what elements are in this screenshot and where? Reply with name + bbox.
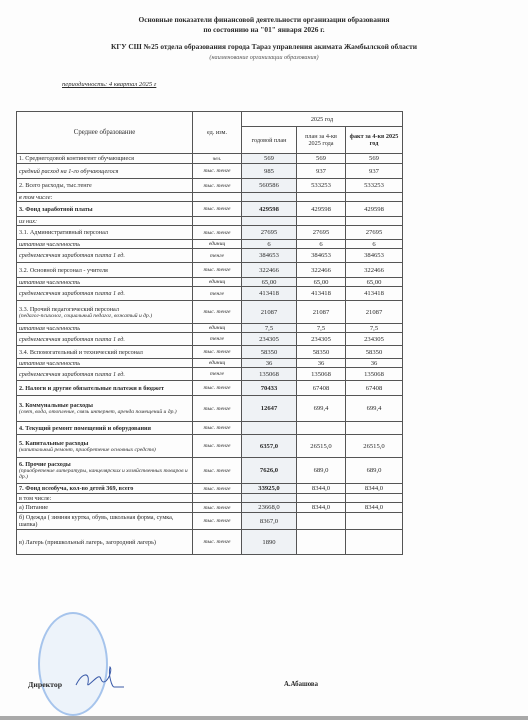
row-plan-q4: 413418 <box>297 287 346 301</box>
table-row: штатная численностьединиц65,0065,0065,00 <box>17 278 403 287</box>
row-plan-q4: 135068 <box>297 368 346 381</box>
row-annual-plan: 6357,0 <box>242 435 297 458</box>
row-unit: тыс. тенге <box>193 396 242 422</box>
row-fact-q4: 569 <box>346 154 403 164</box>
row-unit: тыс. тенге <box>193 164 242 179</box>
row-annual-plan: 560586 <box>242 179 297 193</box>
row-annual-plan: 135068 <box>242 368 297 381</box>
row-unit: тыс. тенге <box>193 484 242 494</box>
row-plan-q4: 58350 <box>297 346 346 359</box>
row-plan-q4: 533253 <box>297 179 346 193</box>
table-row: 1. Среднегодовой контингент обучающиесяч… <box>17 154 403 164</box>
row-annual-plan: 27695 <box>242 226 297 240</box>
row-plan-q4: 689,0 <box>297 458 346 484</box>
row-fact-q4 <box>346 217 403 226</box>
row-label: в том числе: <box>17 494 193 503</box>
header-fact-q4: факт за 4-кв 2025 год <box>346 127 403 154</box>
row-fact-q4: 322466 <box>346 263 403 278</box>
row-fact-q4 <box>346 513 403 530</box>
row-label: б) Одежда ( зимняя куртка, обувь, школьн… <box>17 513 193 530</box>
row-fact-q4: 65,00 <box>346 278 403 287</box>
page-edge <box>0 716 528 720</box>
row-annual-plan: 12647 <box>242 396 297 422</box>
row-annual-plan: 33925,0 <box>242 484 297 494</box>
row-label: из них: <box>17 217 193 226</box>
row-unit: единиц <box>193 240 242 249</box>
table-row: 4. Текущий ремонт помещений и оборудован… <box>17 422 403 435</box>
row-label: 3.3. Прочий педагогический персонал(педа… <box>17 301 193 324</box>
row-label: средний расход на 1-го обучающегося <box>17 164 193 179</box>
row-plan-q4: 27695 <box>297 226 346 240</box>
row-unit <box>193 494 242 503</box>
report-title: Основные показатели финансовой деятельно… <box>0 15 528 25</box>
row-unit: тыс. тенге <box>193 381 242 396</box>
table-row: штатная численностьединиц666 <box>17 240 403 249</box>
row-label: в) Лагерь (пришкольный лагерь, загородни… <box>17 530 193 555</box>
header-name: Среднее образование <box>17 112 193 154</box>
row-unit: тыс. тенге <box>193 179 242 193</box>
row-sublabel: (педагог-психолог, социальный педагог, в… <box>19 313 190 319</box>
row-unit: чел. <box>193 154 242 164</box>
row-unit: тенге <box>193 287 242 301</box>
row-unit: тенге <box>193 249 242 263</box>
row-fact-q4: 937 <box>346 164 403 179</box>
row-plan-q4: 699,4 <box>297 396 346 422</box>
row-unit: тенге <box>193 333 242 346</box>
director-name: А.Абашова <box>284 681 318 688</box>
table-row: 3. Коммунальные расходы(свет, вода, отоп… <box>17 396 403 422</box>
row-annual-plan: 7,5 <box>242 324 297 333</box>
row-annual-plan: 70433 <box>242 381 297 396</box>
row-annual-plan: 384653 <box>242 249 297 263</box>
row-unit: единиц <box>193 359 242 368</box>
row-plan-q4: 8344,0 <box>297 484 346 494</box>
row-label: среднемесячная заработная плата 1 ед. <box>17 368 193 381</box>
row-fact-q4: 689,0 <box>346 458 403 484</box>
row-plan-q4: 21087 <box>297 301 346 324</box>
table-row: в том числе: <box>17 193 403 202</box>
table-row: 6. Прочие расходы(приобретение литератур… <box>17 458 403 484</box>
row-label: 7. Фонд всеобуча, кол-во детей 369, всег… <box>17 484 193 494</box>
row-annual-plan: 6 <box>242 240 297 249</box>
table-row: 3.1. Административный персоналтыс. тенге… <box>17 226 403 240</box>
row-annual-plan: 7626,0 <box>242 458 297 484</box>
header-annual-plan: годовой план <box>242 127 297 154</box>
row-unit: тыс. тенге <box>193 422 242 435</box>
row-annual-plan: 23668,0 <box>242 503 297 513</box>
table-row: штатная численностьединиц7,57,57,5 <box>17 324 403 333</box>
table-row: 7. Фонд всеобуча, кол-во детей 369, всег… <box>17 484 403 494</box>
row-unit: тыс. тенге <box>193 530 242 555</box>
row-unit: тыс. тенге <box>193 202 242 217</box>
row-label: среднемесячная заработная плата 1 ед. <box>17 333 193 346</box>
table-row: среднемесячная заработная плата 1 ед.тен… <box>17 249 403 263</box>
row-label: штатная численность <box>17 240 193 249</box>
row-plan-q4: 937 <box>297 164 346 179</box>
row-annual-plan <box>242 193 297 202</box>
row-fact-q4: 67408 <box>346 381 403 396</box>
row-plan-q4 <box>297 193 346 202</box>
row-fact-q4 <box>346 193 403 202</box>
row-sublabel: (свет, вода, отопление, связь интернет, … <box>19 409 190 415</box>
row-plan-q4: 26515,0 <box>297 435 346 458</box>
table-row: средний расход на 1-го обучающегосятыс. … <box>17 164 403 179</box>
row-plan-q4: 234305 <box>297 333 346 346</box>
row-fact-q4: 8344,0 <box>346 503 403 513</box>
signature-icon <box>72 665 124 693</box>
periodicity: периодичность: 4 квартал 2025 г <box>62 81 156 88</box>
official-stamp <box>38 612 108 716</box>
row-label: 3. Фонд заработной платы <box>17 202 193 217</box>
row-label: 2. Всего расходы, тыс.тенге <box>17 179 193 193</box>
organization-name: КГУ СШ №25 отдела образования города Тар… <box>0 42 528 51</box>
table-row: а) Питаниетыс. тенге23668,08344,08344,0 <box>17 503 403 513</box>
row-fact-q4: 58350 <box>346 346 403 359</box>
table-row: 3.3. Прочий педагогический персонал(педа… <box>17 301 403 324</box>
row-unit: тыс. тенге <box>193 346 242 359</box>
director-label: Директор <box>28 680 62 689</box>
row-plan-q4: 322466 <box>297 263 346 278</box>
row-unit: тенге <box>193 368 242 381</box>
row-unit <box>193 217 242 226</box>
row-unit: тыс. тенге <box>193 513 242 530</box>
row-unit: тыс. тенге <box>193 301 242 324</box>
row-sublabel: (капитальный ремонт, приобретение основн… <box>19 447 190 453</box>
row-unit: единиц <box>193 324 242 333</box>
row-annual-plan: 1890 <box>242 530 297 555</box>
row-label: штатная численность <box>17 278 193 287</box>
table-row: штатная численностьединиц363636 <box>17 359 403 368</box>
table-row: среднемесячная заработная плата 1 ед.тен… <box>17 368 403 381</box>
row-plan-q4: 7,5 <box>297 324 346 333</box>
row-plan-q4: 6 <box>297 240 346 249</box>
row-fact-q4: 429598 <box>346 202 403 217</box>
row-plan-q4: 569 <box>297 154 346 164</box>
row-label: 6. Прочие расходы(приобретение литератур… <box>17 458 193 484</box>
row-plan-q4 <box>297 494 346 503</box>
row-unit: тыс. тенге <box>193 263 242 278</box>
row-unit: единиц <box>193 278 242 287</box>
row-fact-q4: 7,5 <box>346 324 403 333</box>
row-label: штатная численность <box>17 324 193 333</box>
row-fact-q4 <box>346 530 403 555</box>
table-row: 2. Всего расходы, тыс.тенгетыс. тенге560… <box>17 179 403 193</box>
row-sublabel: (приобретение литературы, канцелярских и… <box>19 468 190 480</box>
row-annual-plan: 8367,0 <box>242 513 297 530</box>
row-label: среднемесячная заработная плата 1 ед. <box>17 287 193 301</box>
row-label: среднемесячная заработная плата 1 ед. <box>17 249 193 263</box>
row-annual-plan: 65,00 <box>242 278 297 287</box>
row-label: а) Питание <box>17 503 193 513</box>
row-label: 3.4. Вспомогательный и технический персо… <box>17 346 193 359</box>
row-fact-q4: 413418 <box>346 287 403 301</box>
financial-indicators-table: Среднее образование ед. изм. 2025 год го… <box>16 111 403 555</box>
row-fact-q4: 384653 <box>346 249 403 263</box>
row-plan-q4: 8344,0 <box>297 503 346 513</box>
row-label: 4. Текущий ремонт помещений и оборудован… <box>17 422 193 435</box>
table-row: 5. Капитальные расходы(капитальный ремон… <box>17 435 403 458</box>
table-row: 3.4. Вспомогательный и технический персо… <box>17 346 403 359</box>
row-fact-q4 <box>346 422 403 435</box>
row-annual-plan <box>242 494 297 503</box>
row-fact-q4: 234305 <box>346 333 403 346</box>
row-label: 5. Капитальные расходы(капитальный ремон… <box>17 435 193 458</box>
header-plan-q4: план за 4-кв 2025 года <box>297 127 346 154</box>
row-unit: тыс. тенге <box>193 503 242 513</box>
table-row: в) Лагерь (пришкольный лагерь, загородни… <box>17 530 403 555</box>
organization-caption: (наименование организации образования) <box>0 54 528 61</box>
table-row: 3. Фонд заработной платытыс. тенге429598… <box>17 202 403 217</box>
table-row: 2. Налоги и другие обязательные платежи … <box>17 381 403 396</box>
row-plan-q4: 384653 <box>297 249 346 263</box>
report-date: по состоянию на "01" января 2026 г. <box>0 25 528 35</box>
row-fact-q4: 135068 <box>346 368 403 381</box>
row-unit: тыс. тенге <box>193 226 242 240</box>
row-unit: тыс. тенге <box>193 435 242 458</box>
row-plan-q4 <box>297 513 346 530</box>
row-unit: тыс. тенге <box>193 458 242 484</box>
table-row: б) Одежда ( зимняя куртка, обувь, школьн… <box>17 513 403 530</box>
table-row: среднемесячная заработная плата 1 ед.тен… <box>17 287 403 301</box>
row-plan-q4: 67408 <box>297 381 346 396</box>
row-fact-q4: 26515,0 <box>346 435 403 458</box>
row-fact-q4: 6 <box>346 240 403 249</box>
row-label: штатная численность <box>17 359 193 368</box>
row-plan-q4 <box>297 217 346 226</box>
row-label: 3.2. Основной персонал - учителя <box>17 263 193 278</box>
row-annual-plan: 234305 <box>242 333 297 346</box>
row-annual-plan: 322466 <box>242 263 297 278</box>
row-fact-q4: 21087 <box>346 301 403 324</box>
row-label: 1. Среднегодовой контингент обучающиеся <box>17 154 193 164</box>
row-annual-plan: 36 <box>242 359 297 368</box>
table-row: в том числе: <box>17 494 403 503</box>
table-row: среднемесячная заработная плата 1 ед.тен… <box>17 333 403 346</box>
row-plan-q4: 36 <box>297 359 346 368</box>
row-unit <box>193 193 242 202</box>
header-unit: ед. изм. <box>193 112 242 154</box>
row-plan-q4 <box>297 530 346 555</box>
table-row: из них: <box>17 217 403 226</box>
row-fact-q4 <box>346 494 403 503</box>
row-label: 3.1. Административный персонал <box>17 226 193 240</box>
header-year: 2025 год <box>242 112 403 127</box>
row-label: 3. Коммунальные расходы(свет, вода, отоп… <box>17 396 193 422</box>
row-annual-plan: 569 <box>242 154 297 164</box>
row-plan-q4 <box>297 422 346 435</box>
row-annual-plan: 58350 <box>242 346 297 359</box>
row-annual-plan: 429598 <box>242 202 297 217</box>
table-row: 3.2. Основной персонал - учителятыс. тен… <box>17 263 403 278</box>
row-fact-q4: 699,4 <box>346 396 403 422</box>
row-plan-q4: 429598 <box>297 202 346 217</box>
row-annual-plan <box>242 217 297 226</box>
row-annual-plan: 413418 <box>242 287 297 301</box>
row-fact-q4: 36 <box>346 359 403 368</box>
row-annual-plan: 985 <box>242 164 297 179</box>
row-fact-q4: 8344,0 <box>346 484 403 494</box>
row-annual-plan: 21087 <box>242 301 297 324</box>
row-annual-plan <box>242 422 297 435</box>
row-plan-q4: 65,00 <box>297 278 346 287</box>
row-label: 2. Налоги и другие обязательные платежи … <box>17 381 193 396</box>
row-fact-q4: 533253 <box>346 179 403 193</box>
row-fact-q4: 27695 <box>346 226 403 240</box>
row-label: в том числе: <box>17 193 193 202</box>
